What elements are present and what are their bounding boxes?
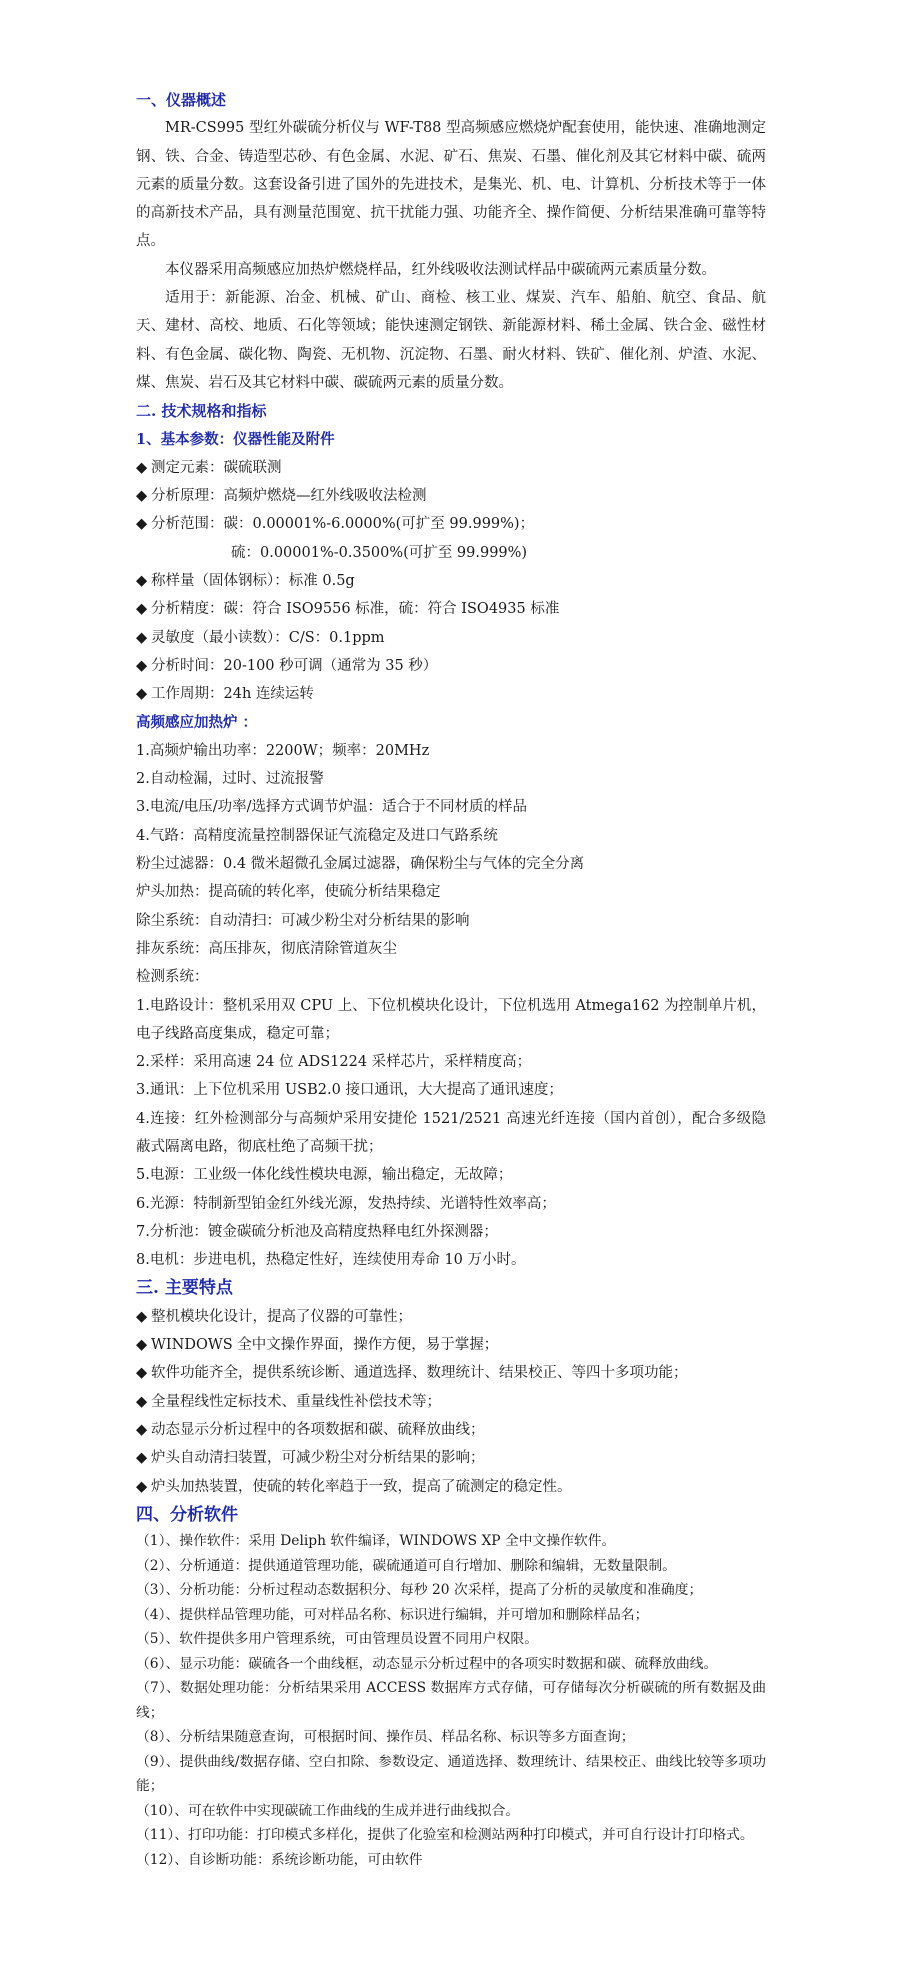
furnace-subheading: 高频感应加热炉 ：: [136, 709, 766, 737]
diamond-bullet-icon: ◆: [136, 482, 151, 510]
diamond-bullet-icon: ◆: [136, 1388, 151, 1416]
feature-item: ◆整机模块化设计，提高了仪器的可靠性；: [136, 1303, 766, 1331]
spec-item: ◆灵敏度（最小读数）：C/S：0.1ppm: [136, 624, 766, 652]
furnace-item: 2.自动检漏，过时、过流报警: [136, 765, 766, 793]
diamond-bullet-icon: ◆: [136, 1416, 151, 1444]
method-paragraph: 本仪器采用高频感应加热炉燃烧样品，红外线吸收法测试样品中碳硫两元素质量分数。: [136, 256, 766, 284]
diamond-bullet-icon: ◆: [136, 1473, 151, 1501]
spec-item: ◆分析时间：20-100 秒可调（通常为 35 秒）: [136, 652, 766, 680]
spec-item: ◆分析范围：碳：0.00001%-6.0000%(可扩至 99.999%)；: [136, 510, 766, 538]
furnace-item: 排灰系统：高压排灰，彻底清除管道灰尘: [136, 935, 766, 963]
overview-paragraph: MR-CS995 型红外碳硫分析仪与 WF-T88 型高频感应燃烧炉配套使用，能…: [136, 114, 766, 255]
detection-item: 8.电机：步进电机，热稳定性好，连续使用寿命 10 万小时。: [136, 1246, 766, 1274]
diamond-bullet-icon: ◆: [136, 652, 151, 680]
section-1-heading: 一、仪器概述: [136, 86, 766, 114]
software-item: （2）、分析通道：提供通道管理功能，碳硫通道可自行增加、删除和编辑，无数量限制。: [136, 1554, 766, 1579]
feature-item: ◆炉头加热装置，使硫的转化率趋于一致，提高了硫测定的稳定性。: [136, 1473, 766, 1501]
diamond-bullet-icon: ◆: [136, 680, 151, 708]
furnace-item: 4.气路：高精度流量控制器保证气流稳定及进口气路系统: [136, 822, 766, 850]
software-item: （9）、提供曲线/数据存储、空白扣除、参数设定、通道选择、数理统计、结果校正、曲…: [136, 1750, 766, 1799]
detection-item: 2.采样：采用高速 24 位 ADS1224 采样芯片，采样精度高；: [136, 1048, 766, 1076]
diamond-bullet-icon: ◆: [136, 1331, 151, 1359]
software-item: （1）、操作软件：采用 Deliph 软件编译，WINDOWS XP 全中文操作…: [136, 1529, 766, 1554]
software-item: （12）、自诊断功能：系统诊断功能，可由软件: [136, 1848, 766, 1873]
detection-item: 3.通讯：上下位机采用 USB2.0 接口通讯，大大提高了通讯速度；: [136, 1076, 766, 1104]
spec-item: ◆分析精度：碳：符合 ISO9556 标准，硫：符合 ISO4935 标准: [136, 595, 766, 623]
diamond-bullet-icon: ◆: [136, 1444, 151, 1472]
furnace-item: 3.电流/电压/功率/选择方式调节炉温：适合于不同材质的样品: [136, 793, 766, 821]
feature-item: ◆动态显示分析过程中的各项数据和碳、硫释放曲线；: [136, 1416, 766, 1444]
feature-item: ◆WINDOWS 全中文操作界面，操作方便，易于掌握；: [136, 1331, 766, 1359]
detection-item: 1.电路设计：整机采用双 CPU 上、下位机模块化设计，下位机选用 Atmega…: [136, 992, 766, 1049]
feature-item: ◆炉头自动清扫装置，可减少粉尘对分析结果的影响；: [136, 1444, 766, 1472]
spec-item: ◆工作周期：24h 连续运转: [136, 680, 766, 708]
feature-item: ◆软件功能齐全，提供系统诊断、通道选择、数理统计、结果校正、等四十多项功能；: [136, 1359, 766, 1387]
diamond-bullet-icon: ◆: [136, 595, 151, 623]
section-2-heading: 二. 技术规格和指标: [136, 397, 766, 425]
detection-item: 5.电源：工业级一体化线性模块电源，输出稳定，无故障；: [136, 1161, 766, 1189]
software-item: （6）、显示功能：碳硫各一个曲线框，动态显示分析过程中的各项实时数据和碳、硫释放…: [136, 1652, 766, 1677]
applications-paragraph: 适用于：新能源、冶金、机械、矿山、商检、核工业、煤炭、汽车、船舶、航空、食品、航…: [136, 284, 766, 397]
diamond-bullet-icon: ◆: [136, 624, 151, 652]
document-page: 一、仪器概述 MR-CS995 型红外碳硫分析仪与 WF-T88 型高频感应燃烧…: [136, 86, 766, 1872]
detection-item: 7.分析池：镀金碳硫分析池及高精度热释电红外探测器；: [136, 1218, 766, 1246]
detection-item: 6.光源：特制新型铂金红外线光源，发热持续、光谱特性效率高；: [136, 1190, 766, 1218]
basic-params-subheading: 1、基本参数：仪器性能及附件: [136, 426, 766, 454]
diamond-bullet-icon: ◆: [136, 1359, 151, 1387]
spec-item: ◆分析原理：高频炉燃烧—红外线吸收法检测: [136, 482, 766, 510]
spec-item: ◆称样量（固体钢标）：标准 0.5g: [136, 567, 766, 595]
diamond-bullet-icon: ◆: [136, 510, 151, 538]
diamond-bullet-icon: ◆: [136, 567, 151, 595]
software-item: （3）、分析功能：分析过程动态数据积分、每秒 20 次采样，提高了分析的灵敏度和…: [136, 1578, 766, 1603]
detection-subheading: 检测系统：: [136, 963, 766, 991]
spec-item-continuation: 硫：0.00001%-0.3500%(可扩至 99.999%): [136, 539, 766, 567]
diamond-bullet-icon: ◆: [136, 454, 151, 482]
furnace-item: 除尘系统：自动清扫：可减少粉尘对分析结果的影响: [136, 907, 766, 935]
diamond-bullet-icon: ◆: [136, 1303, 151, 1331]
detection-item: 4.连接：红外检测部分与高频炉采用安捷伦 1521/2521 高速光纤连接（国内…: [136, 1105, 766, 1162]
software-item: （7）、数据处理功能：分析结果采用 ACCESS 数据库方式存储，可存储每次分析…: [136, 1676, 766, 1725]
software-item: （8）、分析结果随意查询，可根据时间、操作员、样品名称、标识等多方面查询；: [136, 1725, 766, 1750]
software-item: （4）、提供样品管理功能，可对样品名称、标识进行编辑，并可增加和删除样品名；: [136, 1603, 766, 1628]
spec-item: ◆测定元素：碳硫联测: [136, 454, 766, 482]
furnace-item: 炉头加热：提高硫的转化率，使硫分析结果稳定: [136, 878, 766, 906]
feature-item: ◆全量程线性定标技术、重量线性补偿技术等；: [136, 1388, 766, 1416]
furnace-item: 粉尘过滤器：0.4 微米超微孔金属过滤器，确保粉尘与气体的完全分离: [136, 850, 766, 878]
section-4-heading: 四、分析软件: [136, 1501, 766, 1529]
furnace-item: 1.高频炉输出功率：2200W；频率：20MHz: [136, 737, 766, 765]
software-item: （5）、软件提供多用户管理系统，可由管理员设置不同用户权限。: [136, 1627, 766, 1652]
software-item: （10）、可在软件中实现碳硫工作曲线的生成并进行曲线拟合。: [136, 1799, 766, 1824]
software-item: （11）、打印功能：打印模式多样化，提供了化验室和检测站两种打印模式，并可自行设…: [136, 1823, 766, 1848]
section-3-heading: 三. 主要特点: [136, 1274, 766, 1302]
